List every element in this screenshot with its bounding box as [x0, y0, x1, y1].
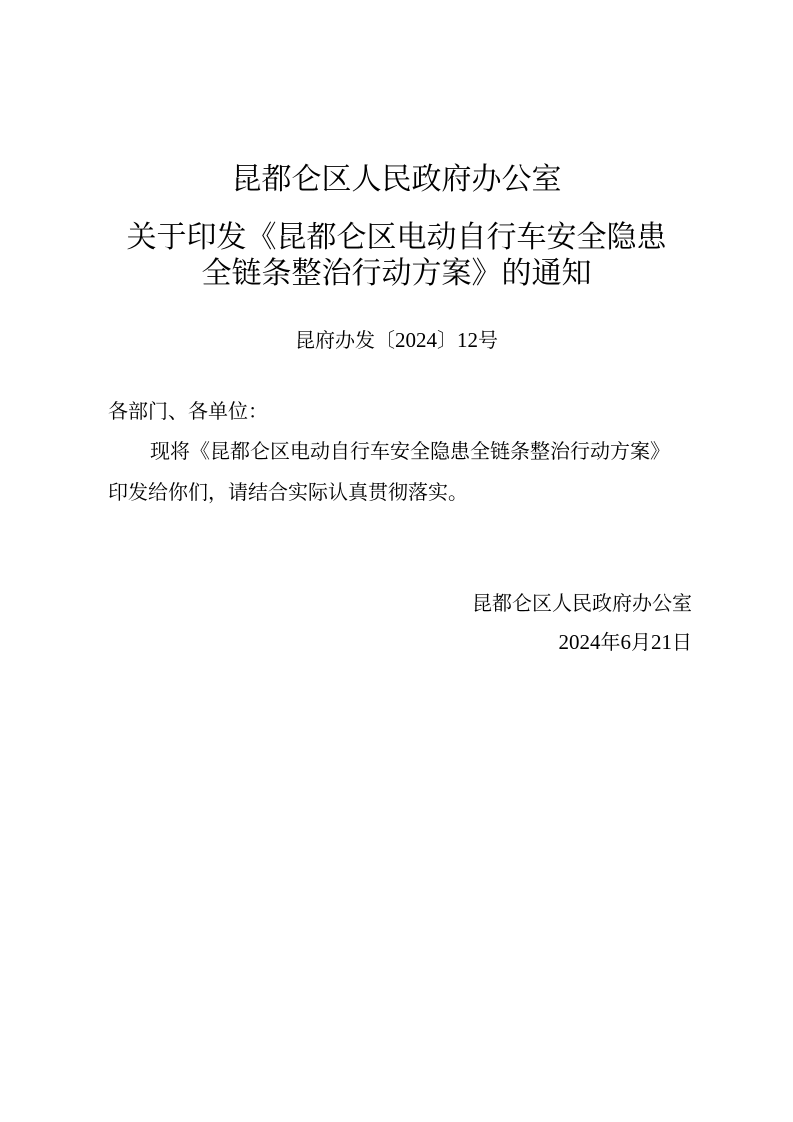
doc-number-bracket-open: 〔 — [375, 328, 395, 352]
doc-number-prefix: 昆府办发 — [295, 328, 375, 352]
title-line-3: 全链条整治行动方案》的通知 — [0, 256, 793, 292]
body-paragraph-line-2: 印发给你们，请结合实际认真贯彻落实。 — [108, 478, 468, 506]
doc-number-suffix: 号 — [478, 328, 498, 352]
date-day: 21 — [651, 630, 672, 654]
document-page: 昆都仑区人民政府办公室 关于印发《昆都仑区电动自行车安全隐患 全链条整治行动方案… — [0, 0, 793, 1122]
date-month-char: 月 — [631, 630, 651, 654]
date-day-char: 日 — [672, 630, 692, 654]
body-paragraph-line-1: 现将《昆都仑区电动自行车安全隐患全链条整治行动方案》 — [150, 437, 670, 465]
signature-organization: 昆都仑区人民政府办公室 — [472, 589, 692, 617]
document-number: 昆府办发〔2024〕12号 — [0, 326, 793, 354]
doc-number-bracket-close: 〕 — [437, 328, 457, 352]
date-month: 6 — [621, 630, 632, 654]
signature-date: 2024年6月21日 — [559, 628, 693, 656]
title-issuer: 昆都仑区人民政府办公室 — [0, 162, 793, 198]
title-line-2: 关于印发《昆都仑区电动自行车安全隐患 — [0, 220, 793, 256]
doc-number-year: 2024 — [395, 328, 437, 352]
salutation: 各部门、各单位： — [108, 397, 268, 425]
doc-number-serial: 12 — [457, 328, 478, 352]
date-year-char: 年 — [601, 630, 621, 654]
date-year: 2024 — [559, 630, 601, 654]
